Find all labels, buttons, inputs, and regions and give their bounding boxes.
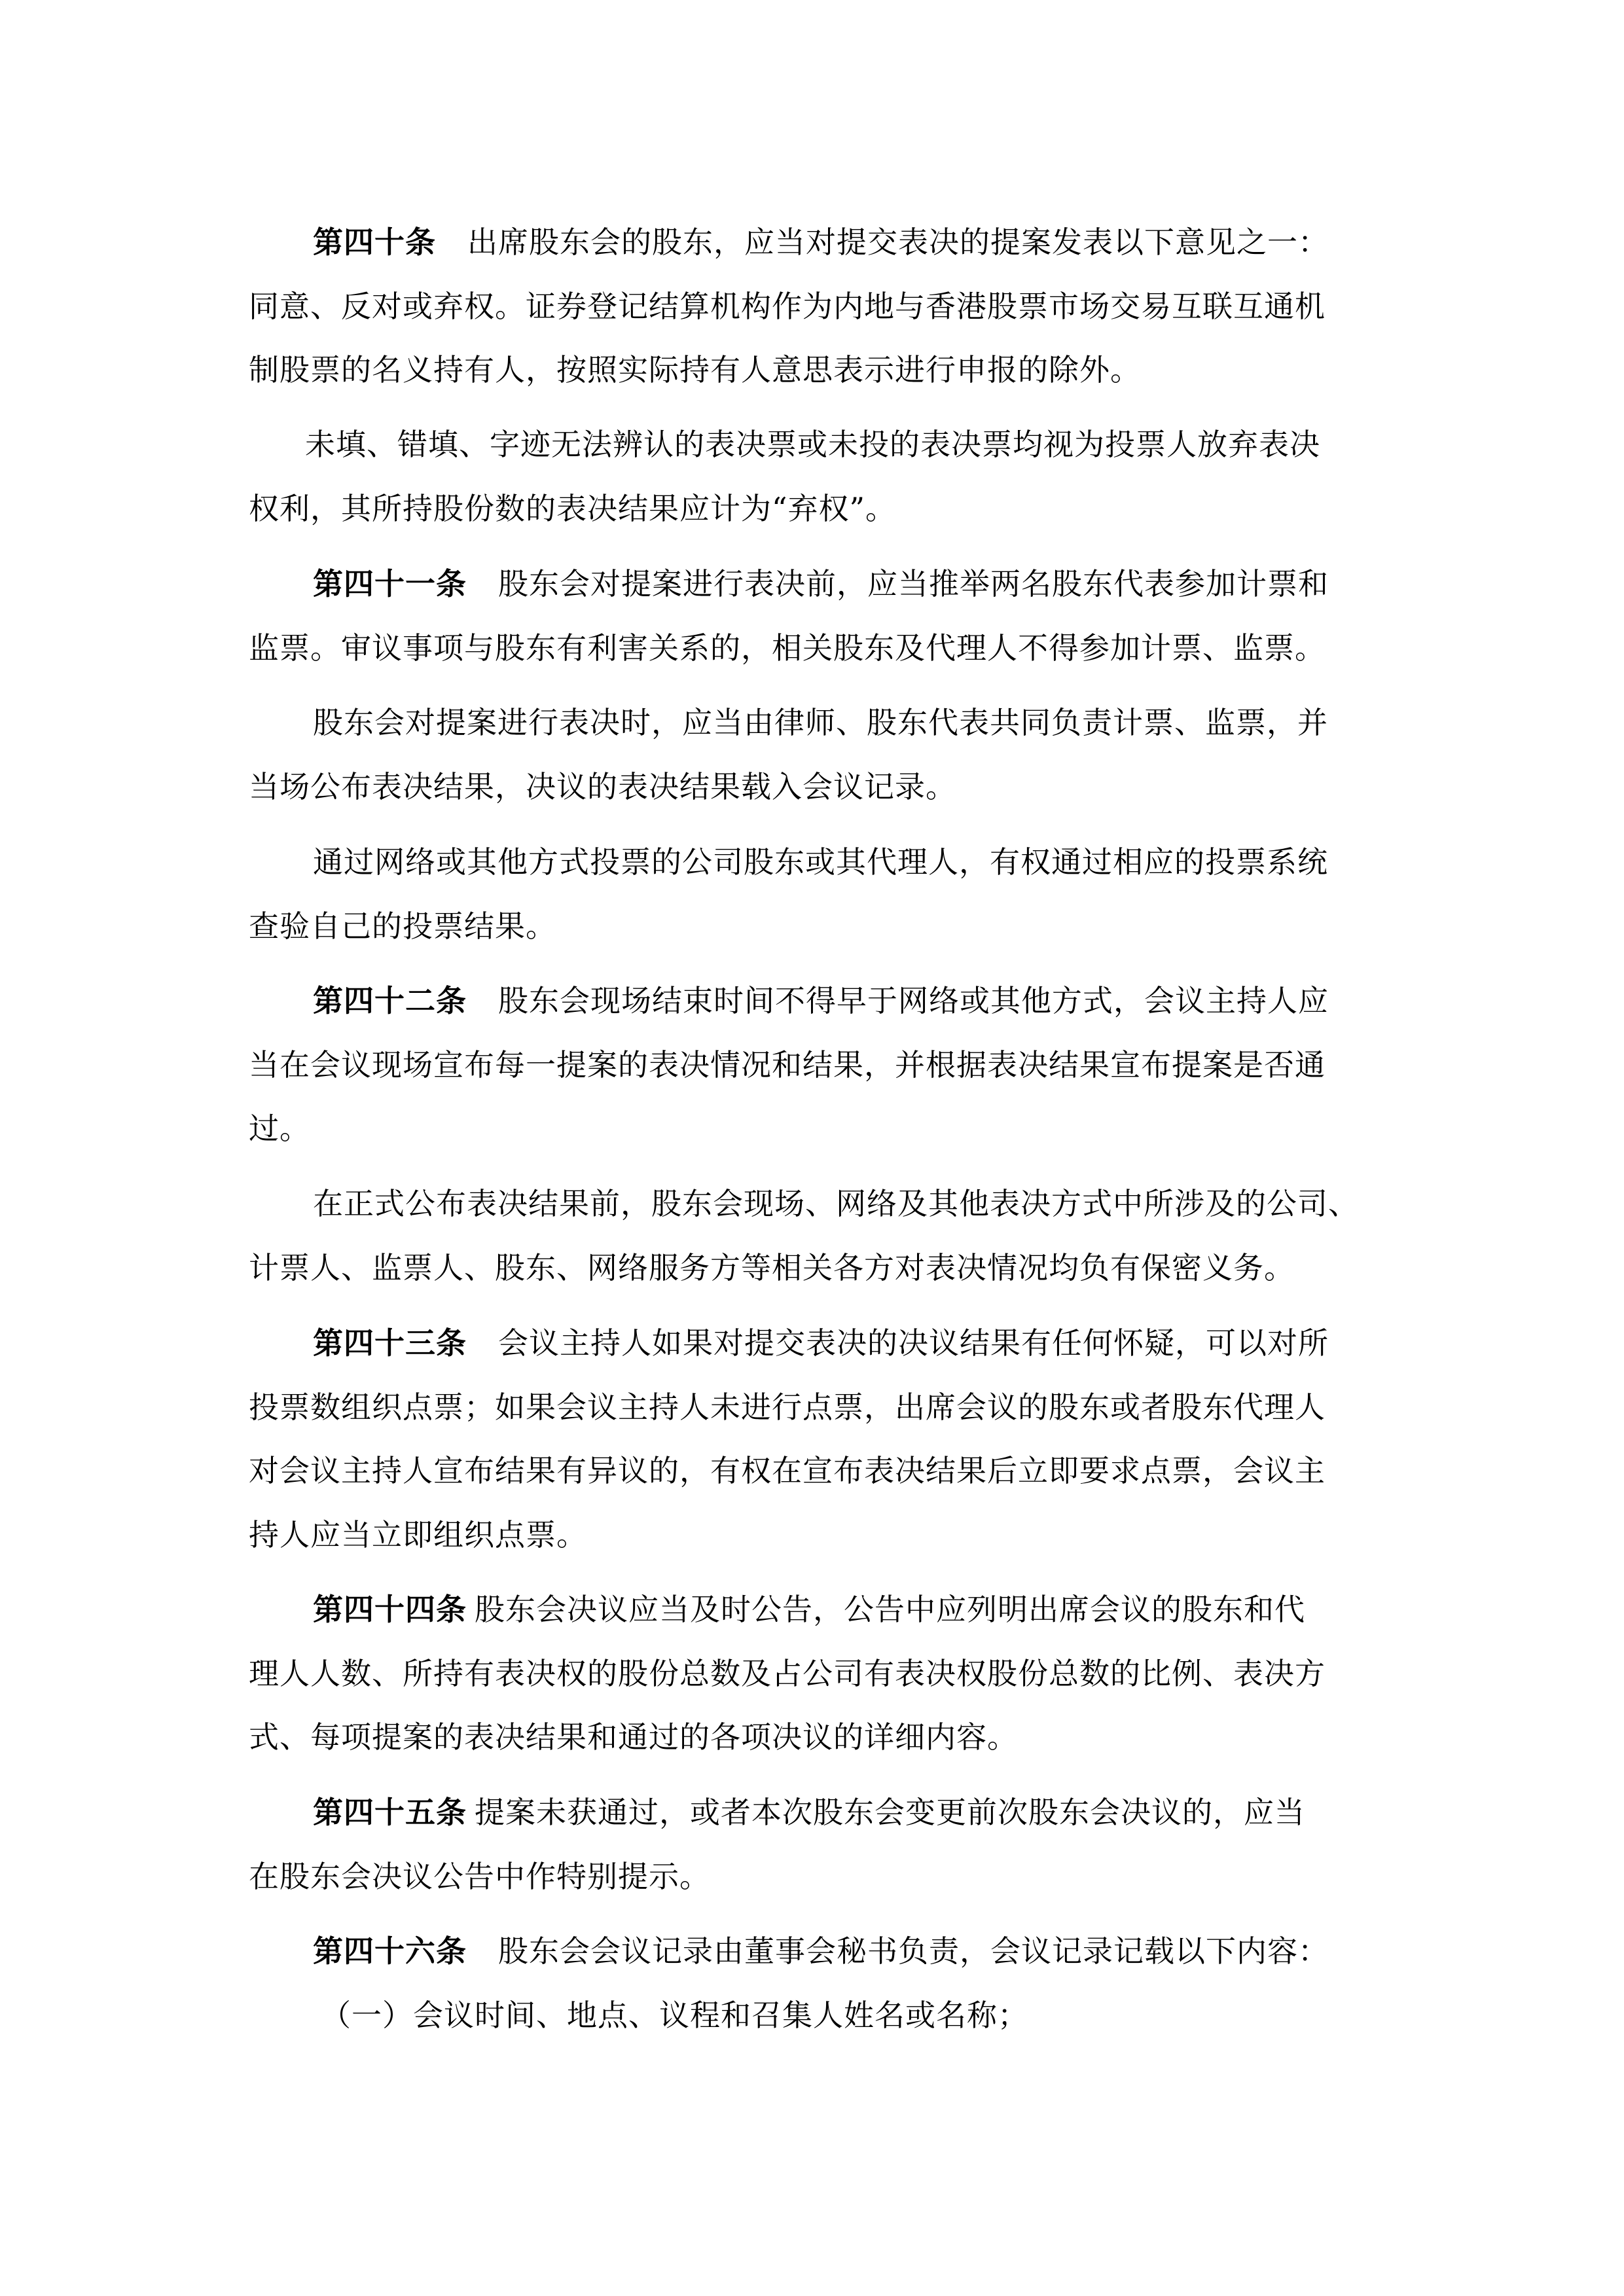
paragraph-line: 制股票的名义持有人，按照实际持有人意思表示进行申报的除外。 (249, 338, 1381, 403)
paragraph-line: 未填、错填、字迹无法辨认的表决票或未投的表决票均视为投票人放弃表决 (249, 413, 1381, 477)
paragraph-line: 监票。审议事项与股东有利害关系的，相关股东及代理人不得参加计票、监票。 (249, 617, 1381, 681)
paragraph-line: 第四十二条股东会现场结束时间不得早于网络或其他方式，会议主持人应 (249, 969, 1381, 1033)
paragraph-line: 式、每项提案的表决结果和通过的各项决议的详细内容。 (249, 1706, 1381, 1770)
paragraph-line: 第四十一条股东会对提案进行表决前，应当推举两名股东代表参加计票和 (249, 552, 1381, 617)
paragraph-line: 投票数组织点票；如果会议主持人未进行点票，出席会议的股东或者股东代理人 (249, 1376, 1381, 1440)
paragraph-text: 会议主持人如果对提交表决的决议结果有任何怀疑，可以对所 (498, 1325, 1329, 1361)
article-45-paragraph: 第四十五条提案未获通过，或者本次股东会变更前次股东会决议的，应当 在股东会决议公… (249, 1781, 1381, 1909)
paragraph-line: 持人应当立即组织点票。 (249, 1503, 1381, 1568)
paragraph-line: 第四十六条股东会会议记录由董事会秘书负责，会议记录记载以下内容： (249, 1920, 1381, 1984)
blank-vote-paragraph: 未填、错填、字迹无法辨认的表决票或未投的表决票均视为投票人放弃表决 权利，其所持… (249, 413, 1381, 541)
article-heading: 第四十四条 (313, 1592, 467, 1627)
paragraph-text: 股东会对提案进行表决前，应当推举两名股东代表参加计票和 (498, 566, 1329, 601)
paragraph-line: 同意、反对或弃权。证券登记结算机构作为内地与香港股票市场交易互联互通机 (249, 275, 1381, 339)
article-46-paragraph: 第四十六条股东会会议记录由董事会秘书负责，会议记录记载以下内容： (249, 1920, 1381, 1984)
article-42-paragraph: 第四十二条股东会现场结束时间不得早于网络或其他方式，会议主持人应 当在会议现场宣… (249, 969, 1381, 1161)
article-heading: 第四十五条 (313, 1795, 467, 1830)
paragraph-text: 出席股东会的股东，应当对提交表决的提案发表以下意见之一： (467, 224, 1329, 260)
paragraph-line: 当场公布表决结果，决议的表决结果载入会议记录。 (249, 755, 1381, 819)
paragraph-line: 权利，其所持股份数的表决结果应计为“弃权”。 (249, 477, 1381, 541)
article-41-paragraph: 第四十一条股东会对提案进行表决前，应当推举两名股东代表参加计票和 监票。审议事项… (249, 552, 1381, 680)
paragraph-text: 股东会决议应当及时公告，公告中应列明出席会议的股东和代 (475, 1592, 1305, 1627)
paragraph-text: 提案未获通过，或者本次股东会变更前次股东会决议的，应当 (475, 1795, 1305, 1830)
paragraph-line: 查验自己的投票结果。 (249, 895, 1381, 959)
article-heading: 第四十条 (313, 224, 436, 260)
paragraph-line: （一）会议时间、地点、议程和召集人姓名或名称； (249, 1984, 1381, 2048)
paragraph-line: 过。 (249, 1097, 1381, 1161)
article-43-paragraph: 第四十三条会议主持人如果对提交表决的决议结果有任何怀疑，可以对所 投票数组织点票… (249, 1312, 1381, 1567)
paragraph-line: 计票人、监票人、股东、网络服务方等相关各方对表决情况均负有保密义务。 (249, 1236, 1381, 1300)
paragraph-text: 股东会现场结束时间不得早于网络或其他方式，会议主持人应 (498, 983, 1329, 1018)
article-heading: 第四十一条 (313, 566, 467, 601)
paragraph-line: 当在会议现场宣布每一提案的表决情况和结果，并根据表决结果宣布提案是否通 (249, 1033, 1381, 1098)
list-item-1: （一）会议时间、地点、议程和召集人姓名或名称； (249, 1984, 1381, 2048)
article-heading: 第四十二条 (313, 983, 467, 1018)
paragraph-line: 第四十四条股东会决议应当及时公告，公告中应列明出席会议的股东和代 (249, 1578, 1381, 1642)
paragraph-line: 理人人数、所持有表决权的股份总数及占公司有表决权股份总数的比例、表决方 (249, 1642, 1381, 1706)
paragraph-line: 通过网络或其他方式投票的公司股东或其代理人，有权通过相应的投票系统 (249, 831, 1381, 895)
paragraph-line: 第四十三条会议主持人如果对提交表决的决议结果有任何怀疑，可以对所 (249, 1312, 1381, 1376)
paragraph-text: 股东会会议记录由董事会秘书负责，会议记录记载以下内容： (498, 1933, 1329, 1969)
article-40-paragraph: 第四十条出席股东会的股东，应当对提交表决的提案发表以下意见之一： 同意、反对或弃… (249, 211, 1381, 403)
online-voting-paragraph: 通过网络或其他方式投票的公司股东或其代理人，有权通过相应的投票系统 查验自己的投… (249, 831, 1381, 958)
article-heading: 第四十三条 (313, 1325, 467, 1361)
confidentiality-paragraph: 在正式公布表决结果前，股东会现场、网络及其他表决方式中所涉及的公司、 计票人、监… (249, 1172, 1381, 1300)
paragraph-line: 股东会对提案进行表决时，应当由律师、股东代表共同负责计票、监票，并 (249, 691, 1381, 755)
paragraph-line: 在正式公布表决结果前，股东会现场、网络及其他表决方式中所涉及的公司、 (249, 1172, 1381, 1236)
paragraph-line: 对会议主持人宣布结果有异议的，有权在宣布表决结果后立即要求点票，会议主 (249, 1439, 1381, 1503)
article-heading: 第四十六条 (313, 1933, 467, 1969)
paragraph-line: 第四十条出席股东会的股东，应当对提交表决的提案发表以下意见之一： (249, 211, 1381, 275)
article-44-paragraph: 第四十四条股东会决议应当及时公告，公告中应列明出席会议的股东和代 理人人数、所持… (249, 1578, 1381, 1770)
paragraph-line: 第四十五条提案未获通过，或者本次股东会变更前次股东会决议的，应当 (249, 1781, 1381, 1845)
vote-counting-paragraph: 股东会对提案进行表决时，应当由律师、股东代表共同负责计票、监票，并 当场公布表决… (249, 691, 1381, 819)
document-page: 第四十条出席股东会的股东，应当对提交表决的提案发表以下意见之一： 同意、反对或弃… (0, 0, 1624, 2296)
paragraph-line: 在股东会决议公告中作特别提示。 (249, 1845, 1381, 1909)
